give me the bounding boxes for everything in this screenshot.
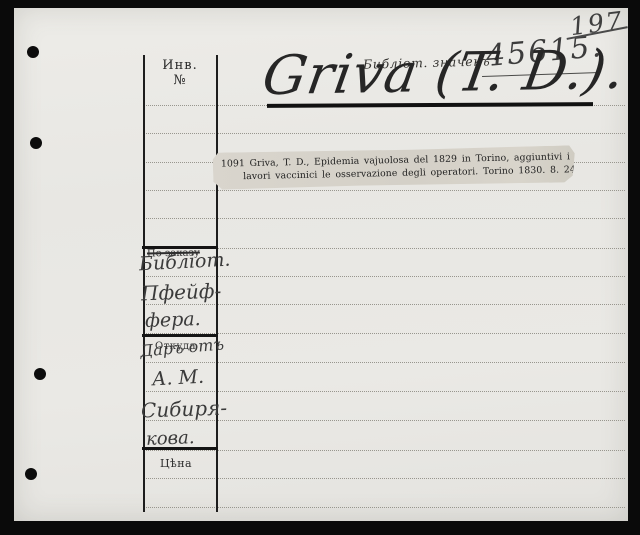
punch-hole: [25, 468, 37, 480]
punch-hole: [30, 137, 42, 149]
origin-value-handwriting: Даръ отъ: [139, 334, 224, 360]
origin-value-handwriting: Сибиря-: [141, 396, 228, 423]
catalog-card-paper: Инв. № По заказу Откуда Цѣна Библіот. Пф…: [14, 8, 628, 521]
pasted-catalog-slip: 1091 Griva, T. D., Epidemia vajuolosa de…: [213, 145, 576, 190]
punch-hole: [27, 46, 39, 58]
origin-value-handwriting: кова.: [146, 427, 195, 450]
origin-value-handwriting: А. М.: [151, 366, 204, 391]
inventory-number-label: Инв. №: [143, 58, 217, 88]
order-source-handwriting: Пфейф-: [141, 279, 222, 306]
author-heading-handwriting: Griva (T. D.).: [258, 38, 628, 107]
punch-hole: [34, 368, 46, 380]
order-source-handwriting: фера.: [145, 308, 201, 332]
scanned-catalog-card-page: { "scan": { "page_number": "197" }, "hea…: [0, 0, 640, 535]
inventory-label-line2: №: [143, 73, 217, 88]
price-label: Цѣна: [160, 457, 192, 470]
page-number-handwriting: 197: [568, 8, 625, 41]
inventory-label-line1: Инв.: [143, 58, 217, 73]
